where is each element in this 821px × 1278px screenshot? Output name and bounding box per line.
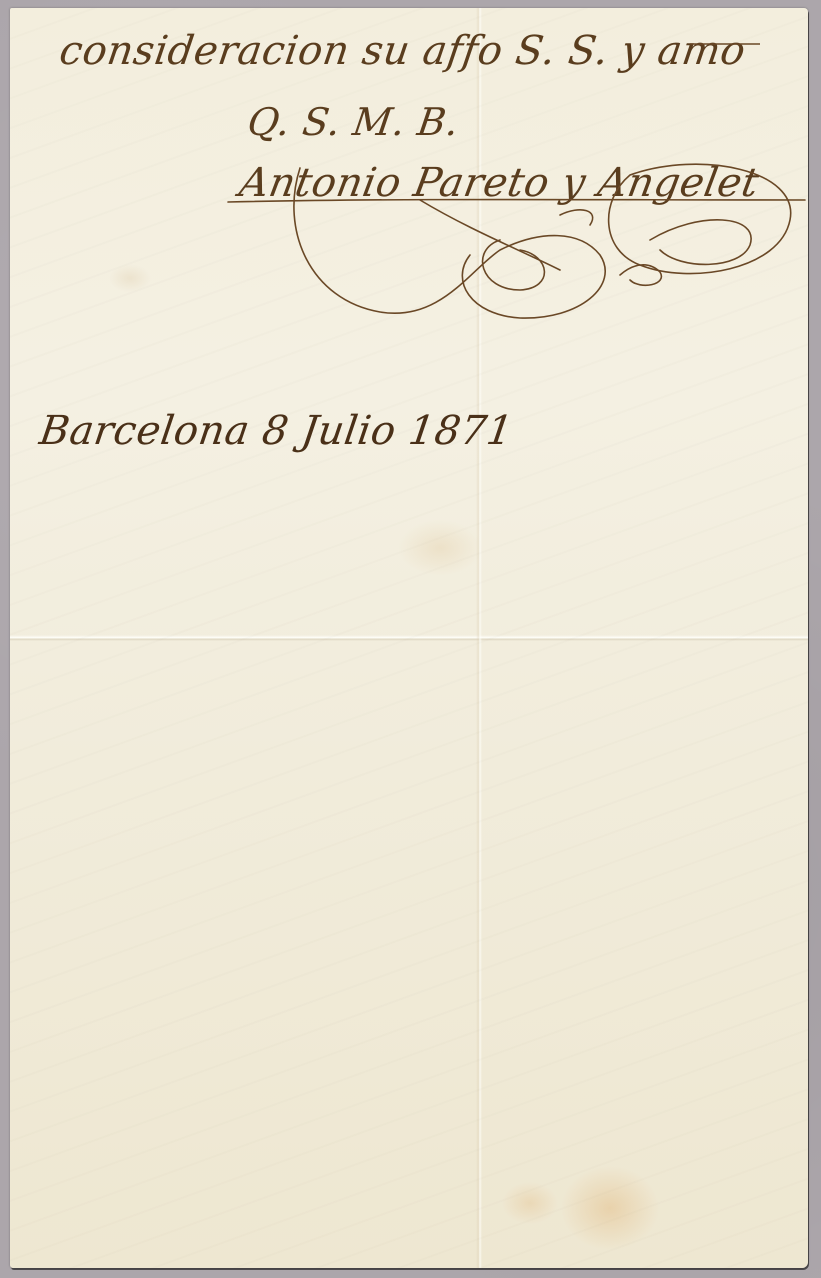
closing-line-2: Q. S. M. B.	[245, 100, 462, 144]
place-and-date: Barcelona 8 Julio 1871	[37, 408, 516, 454]
horizontal-fold-crease	[10, 635, 808, 641]
signature: Antonio Pareto y Angelet	[236, 160, 763, 206]
closing-line-1: consideracion su affo S. S. y amo	[57, 28, 749, 74]
